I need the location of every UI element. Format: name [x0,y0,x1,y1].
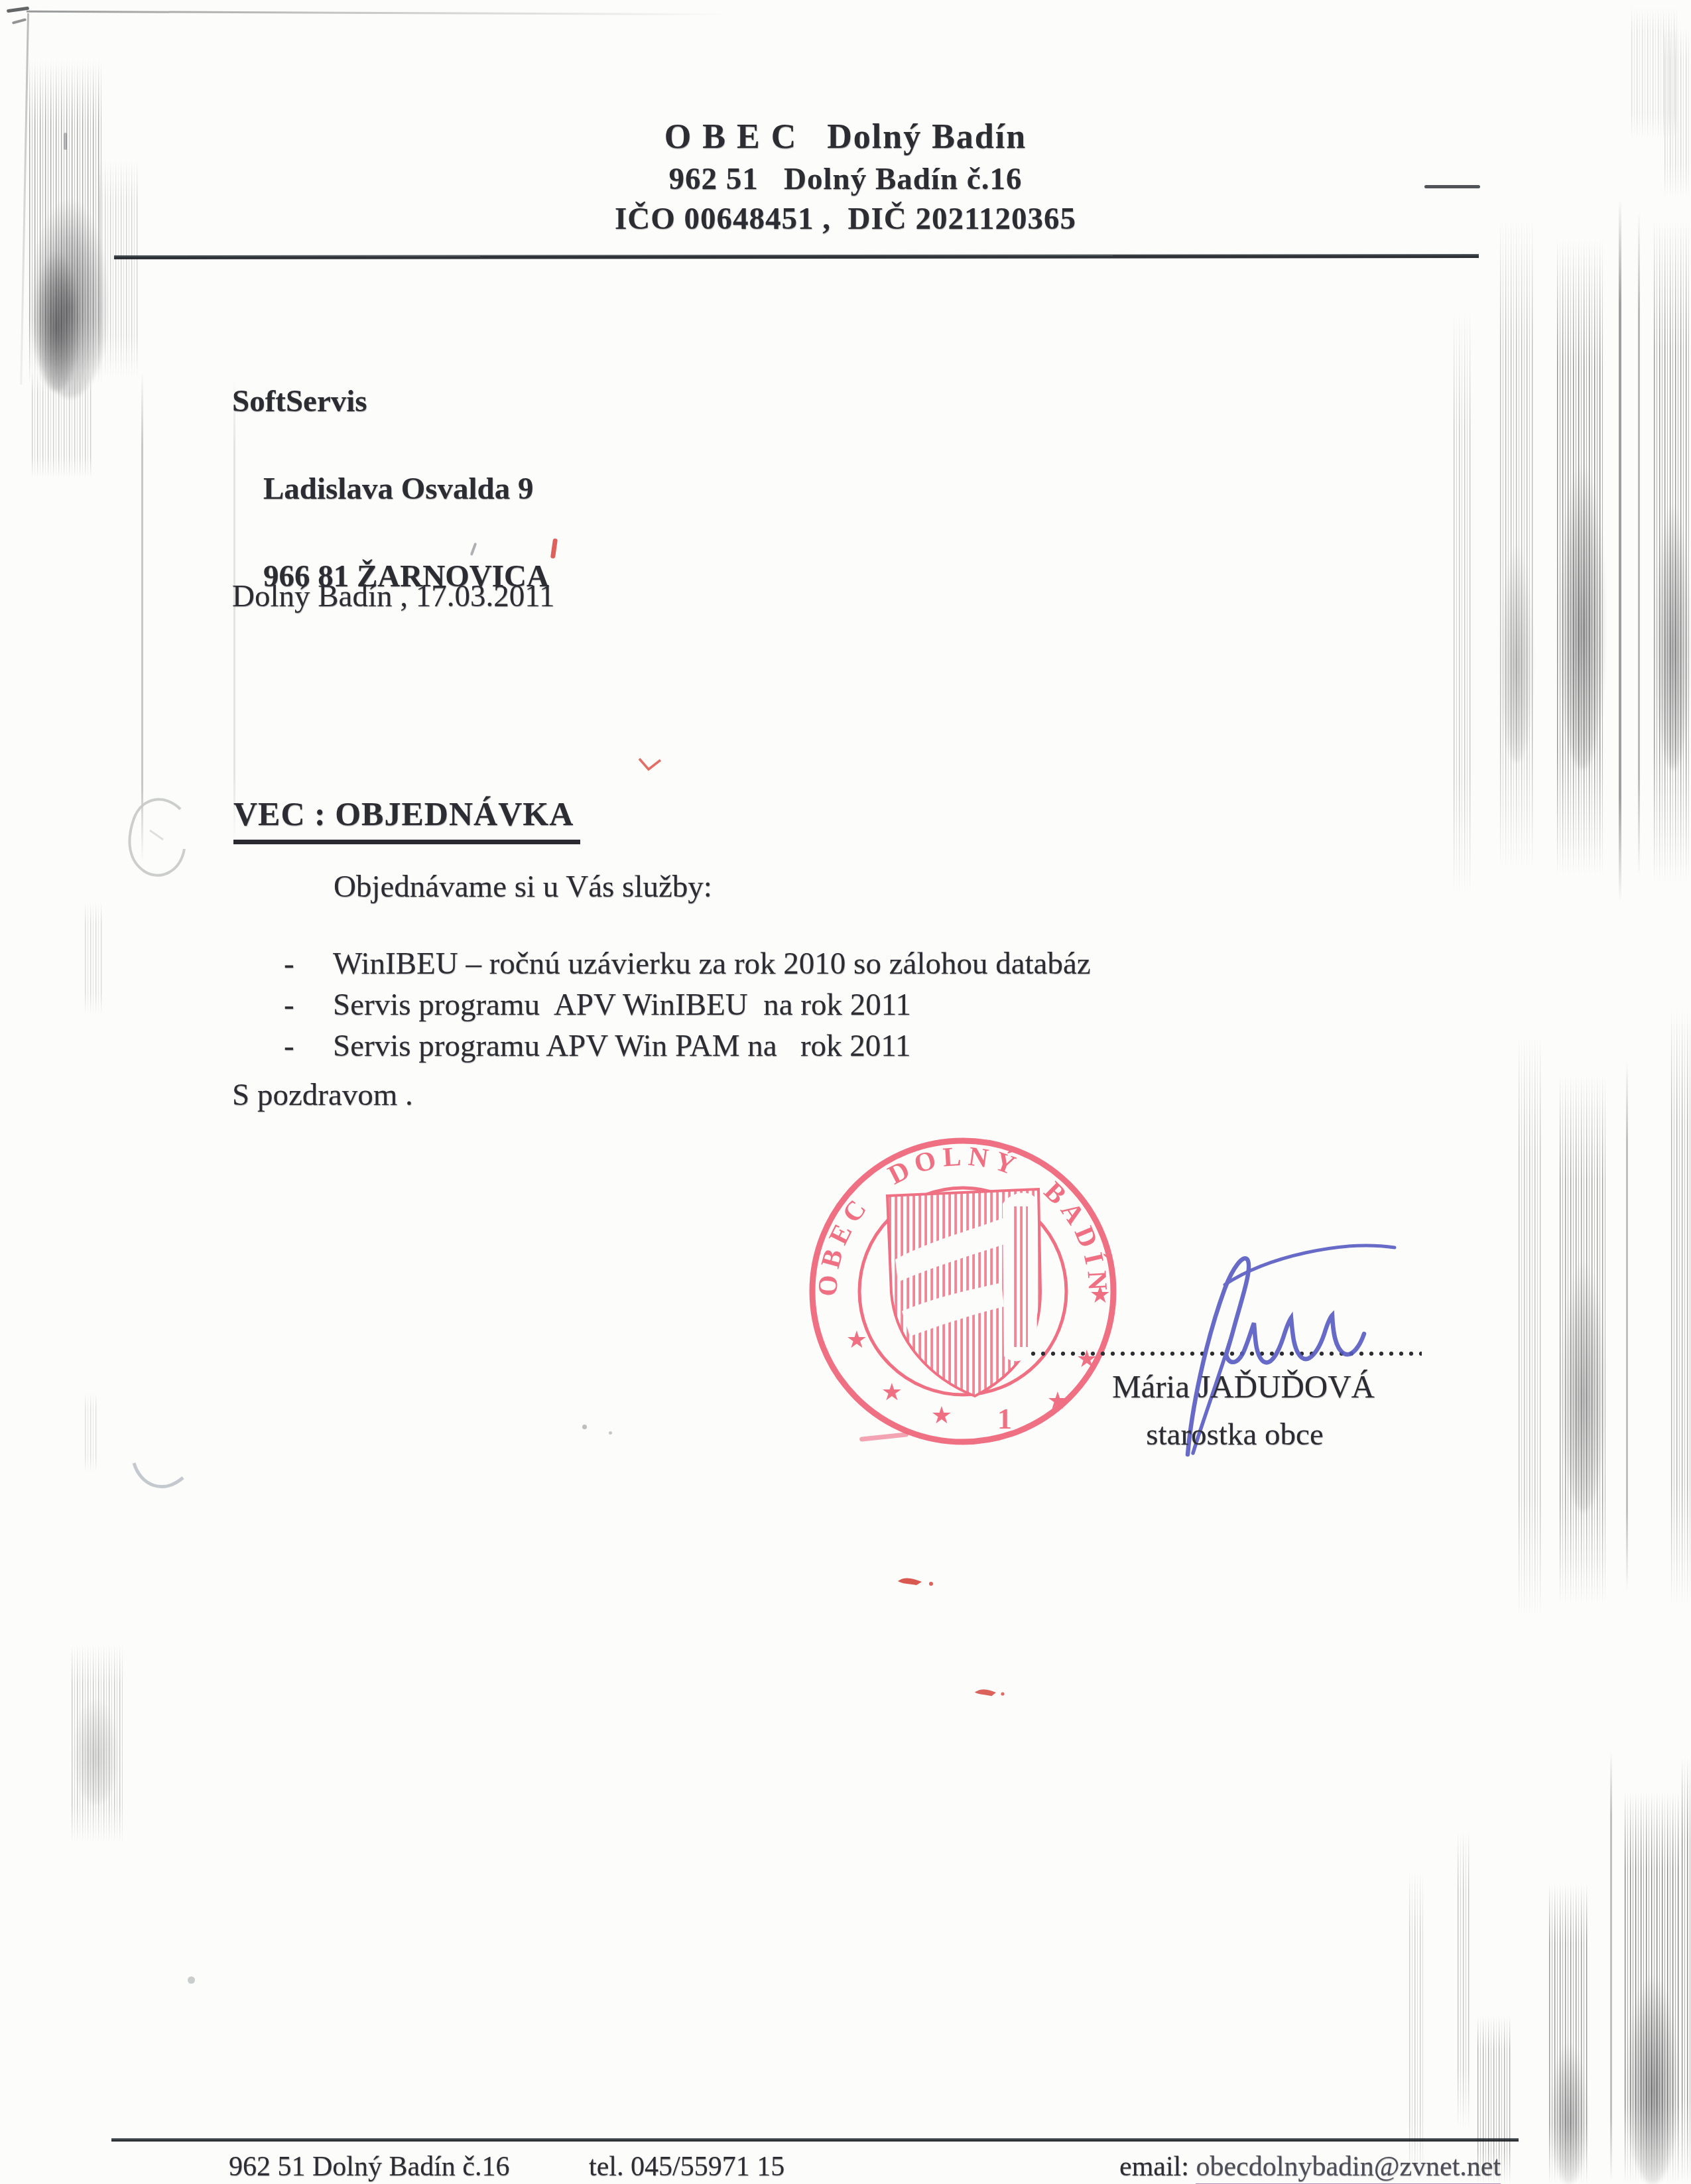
red-ink-speck [638,757,664,775]
scan-noise-band [33,252,80,391]
scan-noise-band [1655,504,1691,769]
footer-address: 962 51 Dolný Badín č.16 [229,2151,509,2184]
scan-speck [582,1425,587,1429]
scan-noise-band [1610,1751,1612,2182]
red-ink-speck [973,1685,1007,1699]
scan-noise-band [1458,1831,1471,2129]
scan-noise-band [1454,312,1471,895]
stamp-emblem-shield [887,1189,1040,1396]
org-address: 962 51 Dolný Badín č.16 [0,161,1691,198]
paper-edge-line [27,11,729,16]
stamp-star-icon: ★ [1047,1387,1068,1415]
hole-punch-mark [130,1459,190,1500]
order-item-text: Servis programu APV WinIBEU na rok 2011 [333,987,911,1023]
stamp-star-icon: ★ [931,1402,952,1429]
scan-noise-band [1626,1061,1628,1592]
org-ids: IČO 00648451 , DIČ 2021120365 [0,201,1691,237]
closing: S pozdravom . [232,1077,413,1114]
hole-punch-mark [123,791,196,880]
stamp-star-icon: ★ [846,1326,867,1354]
footer-divider [111,2138,1519,2142]
item-bullet: - [284,987,294,1023]
signatory-title: starostka obce [1076,1417,1394,1453]
scan-noise-band [1500,544,1533,763]
scan-noise-band [1477,2016,1511,2184]
order-item-text: WinIBEU – ročnú uzávierku za rok 2010 so… [333,946,1091,982]
recipient-name: SoftServis [232,384,367,418]
scan-noise-band [1561,1260,1606,1512]
footer-phone: tel. 045/55971 15 [589,2151,784,2184]
subject-heading: VEC : OBJEDNÁVKA [233,795,580,844]
scan-speck [1424,185,1480,188]
body-intro: Objednávame si u Vás služby: [334,869,712,905]
scan-noise-band [85,902,102,1015]
scanned-letter-page: O B E C Dolný Badín 962 51 Dolný Badín č… [0,0,1691,2184]
scan-speck [609,1431,612,1435]
scan-noise-band [1558,464,1606,769]
scan-noise-band [1664,27,1691,199]
scan-noise-band [1550,2043,1588,2184]
scan-noise-band [1671,1008,1691,1605]
org-name: O B E C Dolný Badín [0,117,1691,157]
red-ink-speck [897,1573,936,1589]
official-stamp: OBEC DOLNÝ BADÍN ★ ★ ★ ★ ★ ★ 1 [804,1132,1122,1450]
scan-noise-band [85,1393,98,1472]
stamp-star-icon: ★ [881,1379,903,1406]
footer-email: email: obecdolnybadin@zvnet.net [1119,2151,1501,2184]
paper-edge-line [20,13,29,385]
order-item-text: Servis programu APV Win PAM na rok 2011 [333,1028,911,1064]
scan-noise-band [1626,1976,1679,2184]
scan-noise-band [1638,212,1640,875]
item-bullet: - [284,946,294,982]
dateline: Dolný Badín , 17.03.2011 [232,578,555,615]
red-ink-speck [550,539,558,559]
scan-noise-band [1619,199,1621,902]
stamp-number: 1 [997,1403,1012,1435]
scan-speck [12,18,27,25]
signatory-name: Mária JAĎUĎOVÁ [1084,1368,1403,1406]
footer-email-label: email: [1119,2152,1196,2182]
item-bullet: - [284,1028,294,1064]
scan-noise-band [233,378,235,842]
scan-noise-band [99,159,139,378]
footer-email-link: obecdolnybadin@zvnet.net [1196,2152,1501,2184]
scan-noise-band [1519,1035,1541,1618]
scan-speck [188,1976,195,1984]
recipient-street: Ladislava Osvalda 9 [263,472,533,506]
stamp-star-icon: ★ [1090,1281,1111,1309]
scan-noise-band [32,371,92,478]
scan-noise-band [1409,1870,1424,2182]
header-divider [114,254,1479,259]
scan-noise-band [1682,1758,1691,2184]
scan-noise-band [141,371,143,862]
scan-noise-band [73,1698,119,1804]
